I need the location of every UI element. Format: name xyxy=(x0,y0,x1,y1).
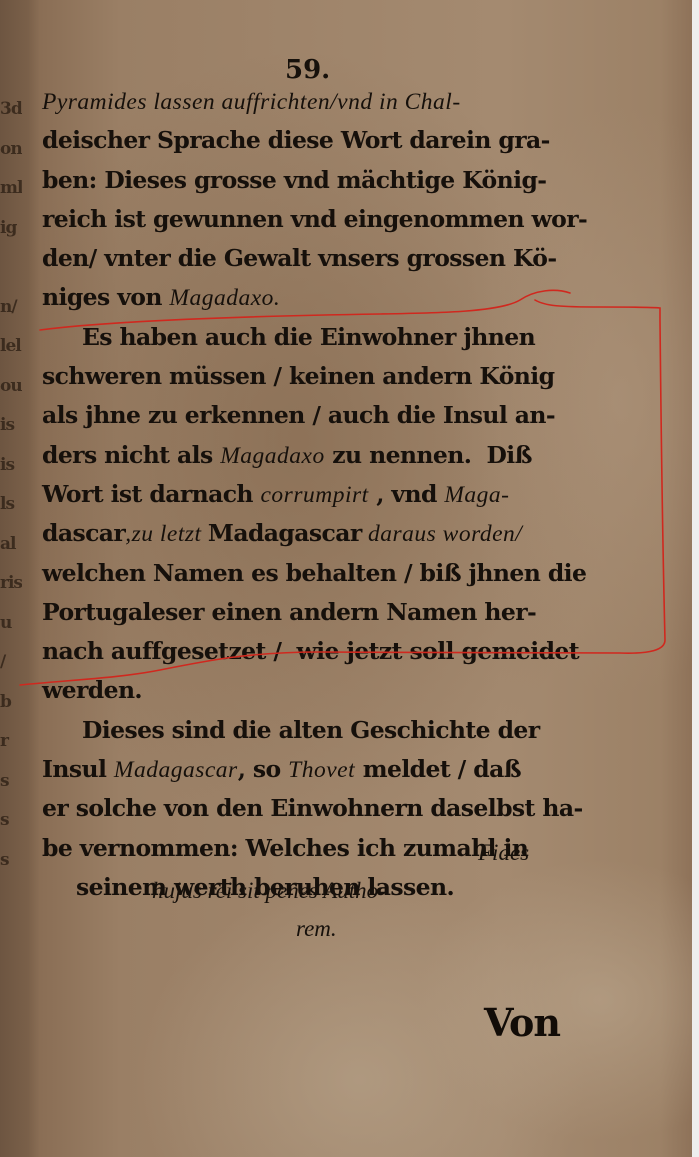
margin-fragment: ris xyxy=(0,564,22,604)
text-line-content: deischer Sprache diese Wort darein gra- xyxy=(42,121,550,160)
text-line-content: Dieses sind die alten Geschichte der xyxy=(82,711,540,750)
text-line-content: Insul Madagascar, so Thovet meldet / daß xyxy=(42,750,521,789)
text-line: welchen Namen es behalten / biß jhnen di… xyxy=(42,554,594,593)
fraktur-segment: ben: Dieses grosse vnd mächtige König- xyxy=(42,166,546,194)
margin-fragment xyxy=(0,248,22,288)
text-line: reich ist gewunnen vnd eingenommen wor- xyxy=(42,200,594,239)
margin-fragment: is xyxy=(0,446,22,486)
scan-edge xyxy=(692,0,699,1157)
fraktur-segment: dascar xyxy=(42,519,125,547)
previous-page-margin: 3donmlign/lelouisislsalrisu/brsss xyxy=(0,90,30,880)
fraktur-segment: Pyramides xyxy=(42,89,147,115)
fraktur-segment: Es haben auch die Einwohner jhnen xyxy=(82,323,535,351)
fraktur-segment: Madagascar xyxy=(208,519,362,547)
text-line: schweren müssen / keinen andern König xyxy=(42,357,594,396)
fraktur-segment: Wort ist darnach xyxy=(42,480,261,508)
fraktur-segment: welchen Namen es behalten / biß jhnen di… xyxy=(42,559,586,587)
latin-italic-segment: Maga- xyxy=(444,482,509,508)
catchword: Von xyxy=(484,1000,560,1045)
latin-closing-line-1: Fides xyxy=(478,840,529,866)
text-line: ben: Dieses grosse vnd mächtige König- xyxy=(42,161,594,200)
latin-closing-line-2: hujus rei sit penes Autho- xyxy=(152,878,386,904)
fraktur-segment: Portugaleser einen andern Namen her- xyxy=(42,598,536,626)
text-line-content: ben: Dieses grosse vnd mächtige König- xyxy=(42,161,546,200)
text-line: nach auffgesetzet / wie jetzt soll gemei… xyxy=(42,632,594,671)
margin-fragment: s xyxy=(0,841,22,881)
text-line-content: Pyramides lassen auffrichten/vnd in Chal… xyxy=(42,82,461,121)
fraktur-segment: er solche von den Einwohnern daselbst ha… xyxy=(42,794,583,822)
latin-italic-segment: lassen auffrichten/vnd in Chal- xyxy=(147,89,461,115)
latin-italic-segment: Madagascar xyxy=(114,757,238,783)
text-line: ders nicht als Magadaxo zu nennen. Diß xyxy=(42,436,594,475)
text-line-content: schweren müssen / keinen andern König xyxy=(42,357,554,396)
text-line: werden. xyxy=(42,671,594,710)
margin-fragment: ml xyxy=(0,169,22,209)
margin-fragment: ou xyxy=(0,367,22,407)
book-page: 3donmlign/lelouisislsalrisu/brsss 59. Py… xyxy=(0,0,692,1157)
text-line-content: nach auffgesetzet / wie jetzt soll gemei… xyxy=(42,632,579,671)
margin-fragment: s xyxy=(0,762,22,802)
fraktur-segment: als jhne zu erkennen / auch die Insul an… xyxy=(42,401,555,429)
margin-fragment: s xyxy=(0,801,22,841)
text-line-content: welchen Namen es behalten / biß jhnen di… xyxy=(42,554,586,593)
margin-fragment: lel xyxy=(0,327,22,367)
fraktur-segment: werden. xyxy=(42,676,142,704)
fraktur-segment: reich ist gewunnen vnd eingenommen wor- xyxy=(42,205,587,233)
margin-fragment: b xyxy=(0,683,22,723)
latin-italic-segment: Magadaxo xyxy=(220,443,325,469)
text-line-content: werden. xyxy=(42,671,142,710)
text-line-content: be vernommen: Welches ich zumahl in xyxy=(42,829,528,868)
fraktur-segment: Dieses sind die alten Geschichte der xyxy=(82,716,540,744)
page-body-text: Pyramides lassen auffrichten/vnd in Chal… xyxy=(42,82,594,907)
margin-fragment: ls xyxy=(0,485,22,525)
fraktur-segment: zu nennen. Diß xyxy=(325,441,532,469)
latin-italic-segment: Magadaxo. xyxy=(169,285,280,311)
fraktur-segment: , so xyxy=(238,755,288,783)
text-line-content: reich ist gewunnen vnd eingenommen wor- xyxy=(42,200,587,239)
text-line: Insul Madagascar, so Thovet meldet / daß xyxy=(42,750,594,789)
text-line: dascar,zu letzt Madagascar daraus worden… xyxy=(42,514,594,553)
latin-closing-line-3: rem. xyxy=(296,916,337,942)
text-line-content: Wort ist darnach corrumpirt , vnd Maga- xyxy=(42,475,510,514)
fraktur-segment: Insul xyxy=(42,755,114,783)
margin-fragment: r xyxy=(0,722,22,762)
margin-fragment: is xyxy=(0,406,22,446)
latin-italic-segment: ,zu letzt xyxy=(125,521,208,547)
text-line: Pyramides lassen auffrichten/vnd in Chal… xyxy=(42,82,594,121)
text-line: Dieses sind die alten Geschichte der xyxy=(42,711,594,750)
text-line: deischer Sprache diese Wort darein gra- xyxy=(42,121,594,160)
fraktur-segment: niges von xyxy=(42,283,169,311)
fraktur-segment: nach auffgesetzet / wie jetzt soll gemei… xyxy=(42,637,579,665)
margin-fragment: n/ xyxy=(0,288,22,328)
text-line-content: niges von Magadaxo. xyxy=(42,278,280,317)
margin-fragment: / xyxy=(0,643,22,683)
text-line: Portugaleser einen andern Namen her- xyxy=(42,593,594,632)
text-line-content: als jhne zu erkennen / auch die Insul an… xyxy=(42,396,555,435)
fraktur-segment: ders nicht als xyxy=(42,441,220,469)
text-line-content: Es haben auch die Einwohner jhnen xyxy=(82,318,535,357)
fraktur-segment: be vernommen: Welches ich zumahl in xyxy=(42,834,528,862)
page-number: 59. xyxy=(285,55,330,85)
text-line: als jhne zu erkennen / auch die Insul an… xyxy=(42,396,594,435)
margin-fragment: 3d xyxy=(0,90,22,130)
text-line-content: dascar,zu letzt Madagascar daraus worden… xyxy=(42,514,522,553)
latin-italic-segment: Thovet xyxy=(288,757,355,783)
fraktur-segment: schweren müssen / keinen andern König xyxy=(42,362,554,390)
fraktur-segment: den/ vnter die Gewalt vnsers grossen Kö- xyxy=(42,244,557,272)
text-line: Wort ist darnach corrumpirt , vnd Maga- xyxy=(42,475,594,514)
latin-italic-segment: corrumpirt xyxy=(261,482,369,508)
margin-fragment: ig xyxy=(0,209,22,249)
text-line-content: ders nicht als Magadaxo zu nennen. Diß xyxy=(42,436,532,475)
text-line-content: den/ vnter die Gewalt vnsers grossen Kö- xyxy=(42,239,557,278)
margin-fragment: u xyxy=(0,604,22,644)
fraktur-segment: meldet / daß xyxy=(355,755,521,783)
latin-italic-segment: daraus worden/ xyxy=(362,521,523,547)
margin-fragment: al xyxy=(0,525,22,565)
fraktur-segment: , vnd xyxy=(369,480,445,508)
text-line: den/ vnter die Gewalt vnsers grossen Kö- xyxy=(42,239,594,278)
text-line: Es haben auch die Einwohner jhnen xyxy=(42,318,594,357)
text-line: er solche von den Einwohnern daselbst ha… xyxy=(42,789,594,828)
text-line-content: Portugaleser einen andern Namen her- xyxy=(42,593,536,632)
text-line: niges von Magadaxo. xyxy=(42,278,594,317)
text-line-content: er solche von den Einwohnern daselbst ha… xyxy=(42,789,583,828)
margin-fragment: on xyxy=(0,130,22,170)
fraktur-segment: deischer Sprache diese Wort darein gra- xyxy=(42,126,550,154)
